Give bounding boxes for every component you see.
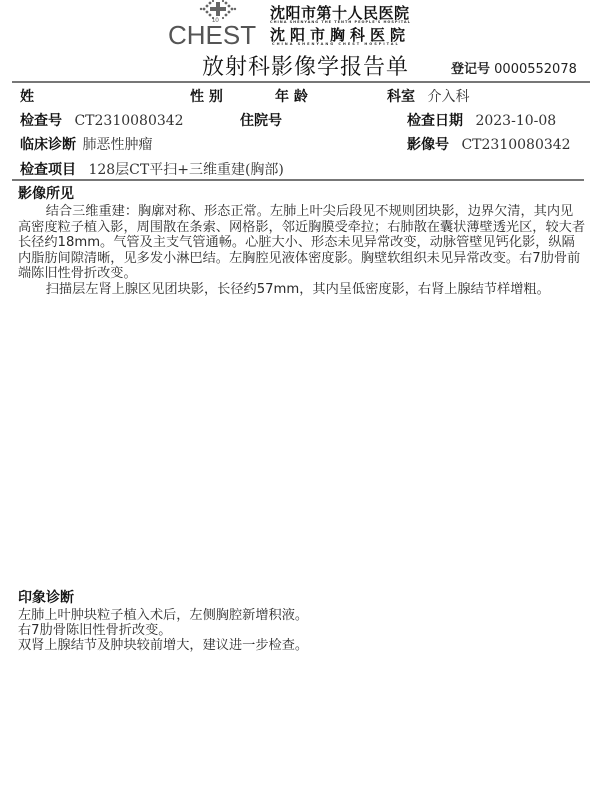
findings-paragraph: 结合三维重建：胸廓对称、形态正常。左肺上叶尖后段见不规则团块影，边界欠清，其内见… <box>18 204 586 282</box>
field-department: 科室 介入科 <box>387 86 469 106</box>
impression-line: 左肺上叶肿块粒子植入术后，左侧胸腔新增积液。 <box>18 608 308 623</box>
registration-label: 登记号 <box>451 62 490 77</box>
field-sex: 性 别 <box>190 86 231 106</box>
field-exam-item: 检查项目 128层CT平扫+三维重建(胸部) <box>20 159 284 179</box>
registration-number: 登记号 0000552078 <box>451 58 577 77</box>
header-divider <box>12 81 590 83</box>
hospital-name-secondary-en: CHINA SHENYANG CHEST HOSPITAL <box>272 42 400 46</box>
findings-body: 结合三维重建：胸廓对称、形态正常。左肺上叶尖后段见不规则团块影，边界欠清，其内见… <box>18 204 586 297</box>
field-image-number: 影像号 CT2310080342 <box>407 134 571 154</box>
report-title: 放射科影像学报告单 <box>202 50 409 81</box>
registration-value: 0000552078 <box>494 62 577 77</box>
impression-line: 右7肋骨陈旧性骨折改变。 <box>18 623 308 638</box>
field-inpatient-number: 住院号 <box>240 110 290 130</box>
logo-text: CHEST <box>168 22 256 48</box>
logo-cross-icon <box>198 0 238 20</box>
findings-heading: 影像所见 <box>18 183 74 203</box>
impression-heading: 印象诊断 <box>18 587 74 607</box>
impression-line: 双肾上腺结节及肿块较前增大，建议进一步检查。 <box>18 638 308 653</box>
field-age: 年 龄 <box>275 86 316 106</box>
field-name: 姓 <box>20 86 42 106</box>
field-clinical-diagnosis: 临床诊断 肺恶性肿瘤 <box>20 134 152 154</box>
hospital-logo: 10 CHEST <box>168 0 268 48</box>
field-exam-date: 检查日期 2023-10-08 <box>407 110 556 130</box>
info-divider <box>12 179 584 181</box>
impression-body: 左肺上叶肿块粒子植入术后，左侧胸腔新增积液。 右7肋骨陈旧性骨折改变。 双肾上腺… <box>18 608 308 653</box>
findings-paragraph: 扫描层左肾上腺区见团块影，长径约57mm，其内呈低密度影，右肾上腺结节样增粗。 <box>18 282 586 298</box>
field-exam-number: 检查号 CT2310080342 <box>20 110 184 130</box>
